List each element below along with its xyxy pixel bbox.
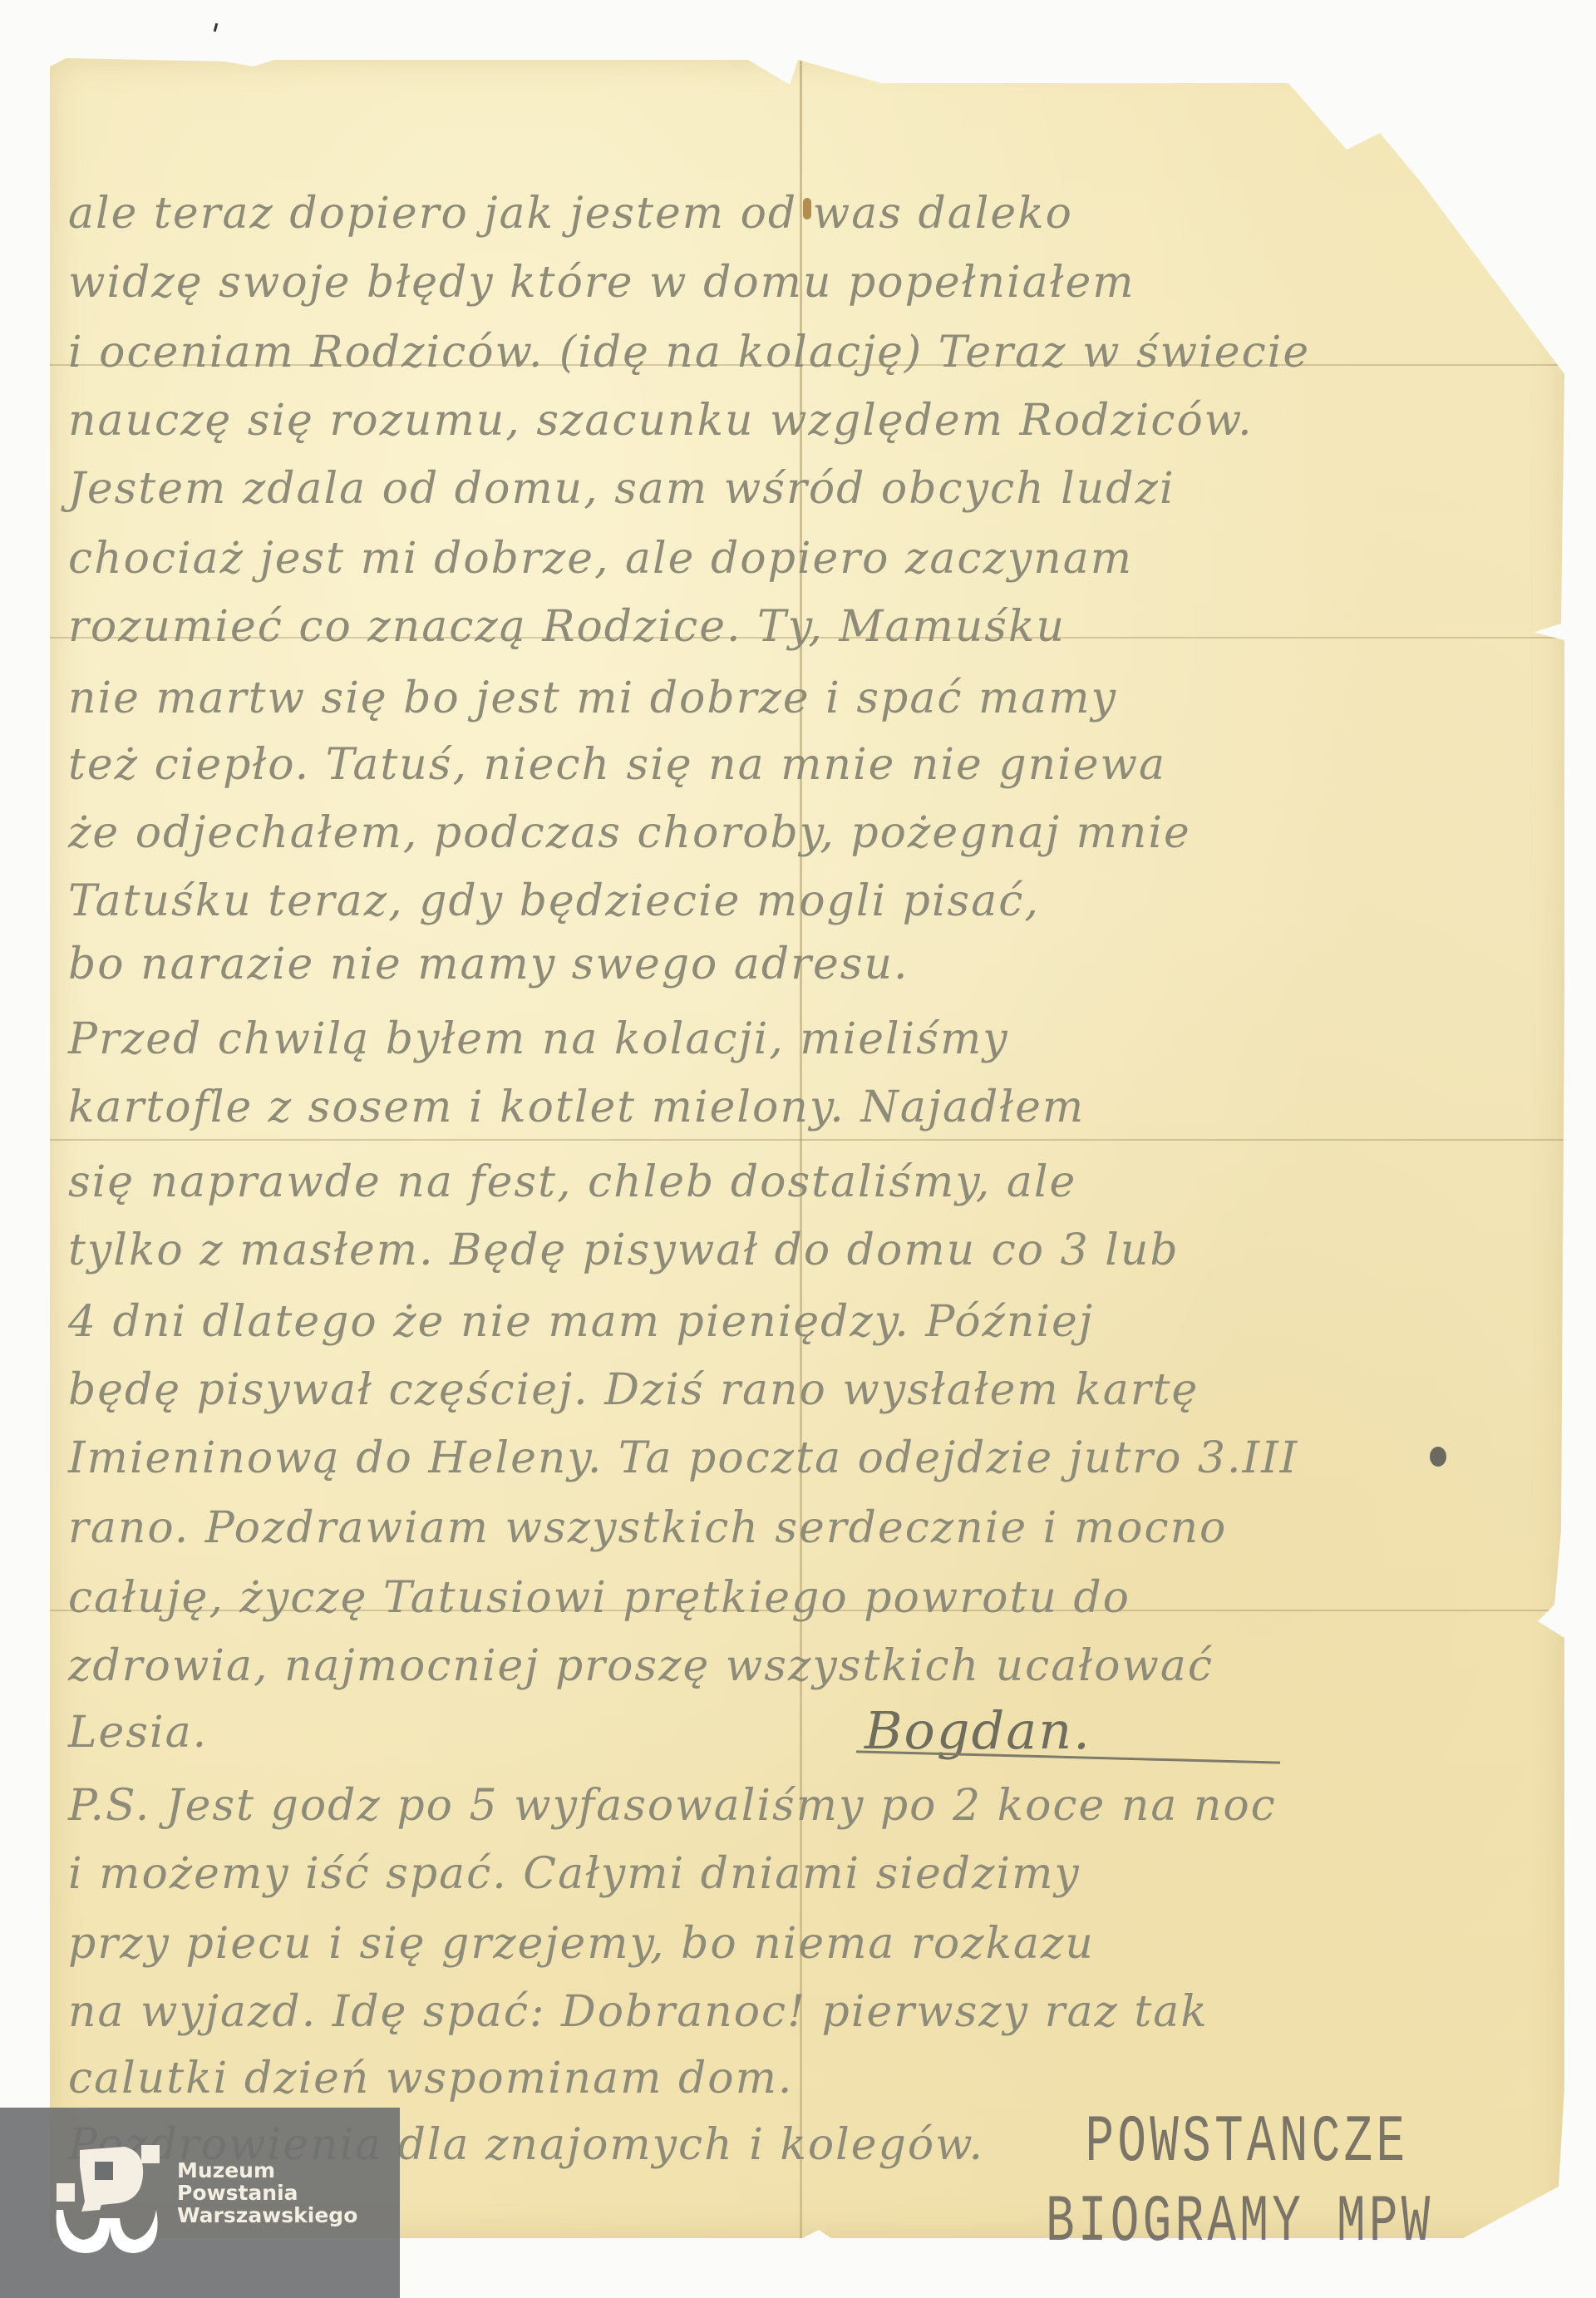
- letter-line: Tatuśku teraz, gdy będziecie mogli pisać…: [68, 875, 1040, 928]
- kotwica-anchor-icon: [52, 2143, 168, 2260]
- letter-line: i oceniam Rodziców. (idę na kolację) Ter…: [68, 326, 1310, 379]
- letter-line: zdrowia, najmocniej proszę wszystkich uc…: [68, 1640, 1214, 1693]
- museum-name-line: Muzeum: [177, 2159, 357, 2182]
- watermark-line: POWSTANCZE: [1046, 2103, 1434, 2183]
- horizontal-fold: [50, 1139, 1564, 1141]
- postscript-line: calutki dzień wspominam dom.: [68, 2052, 793, 2105]
- letter-line: 4 dni dlatego że nie mam pieniędzy. Późn…: [68, 1295, 1094, 1349]
- letter-line: się naprawde na fest, chleb dostaliśmy, …: [68, 1156, 1076, 1209]
- vertical-fold: [800, 58, 802, 2238]
- letter-line: bo narazie nie mamy swego adresu.: [68, 938, 909, 991]
- postscript-line: i możemy iść spać. Całymi dniami siedzim…: [68, 1847, 1081, 1901]
- postscript-line: P.S. Jest godz po 5 wyfasowaliśmy po 2 k…: [68, 1779, 1277, 1832]
- letter-line: chociaż jest mi dobrze, ale dopiero zacz…: [68, 532, 1133, 585]
- letter-line: Przed chwilą byłem na kolacji, mieliśmy: [68, 1013, 1009, 1066]
- museum-name: Muzeum Powstania Warszawskiego: [177, 2159, 357, 2226]
- letter-line: widzę swoje błędy które w domu popełniał…: [68, 256, 1135, 309]
- museum-name-line: Warszawskiego: [177, 2204, 357, 2226]
- ink-blot: [1430, 1447, 1446, 1467]
- letter-line: Lesia.: [68, 1706, 208, 1759]
- letter-paper: [50, 58, 1564, 2238]
- letter-line: Imieninową do Heleny. Ta poczta odejdzie…: [68, 1432, 1298, 1485]
- letter-line: kartofle z sosem i kotlet mielony. Najad…: [68, 1081, 1085, 1134]
- postscript-line: na wyjazd. Idę spać: Dobranoc! pierwszy …: [68, 1985, 1209, 2039]
- letter-line: ale teraz dopiero jak jestem od was dale…: [68, 187, 1073, 240]
- letter-line: też ciepło. Tatuś, niech się na mnie nie…: [68, 738, 1166, 791]
- letter-line: całuję, życzę Tatusiowi prętkiego powrot…: [68, 1571, 1130, 1625]
- letter-line: rozumieć co znaczą Rodzice. Ty, Mamuśku: [68, 600, 1066, 653]
- letter-line: rano. Pozdrawiam wszystkich serdecznie i…: [68, 1502, 1227, 1555]
- ink-speck: [214, 23, 218, 32]
- letter-line: Jestem zdala od domu, sam wśród obcych l…: [68, 462, 1175, 515]
- letter-line: będę pisywał częściej. Dziś rano wysłałe…: [68, 1364, 1199, 1417]
- watermark-line: BIOGRAMY MPW: [1046, 2183, 1434, 2263]
- museum-name-line: Powstania: [177, 2182, 357, 2204]
- letter-line: że odjechałem, podczas choroby, pożegnaj…: [68, 806, 1191, 860]
- watermark: POWSTANCZE BIOGRAMY MPW: [1046, 2103, 1434, 2263]
- letter-line: nie martw się bo jest mi dobrze i spać m…: [68, 672, 1117, 725]
- letter-line: nauczę się rozumu, szacunku względem Rod…: [68, 394, 1254, 447]
- postscript-line: przy piecu i się grzejemy, bo niema rozk…: [68, 1917, 1095, 1970]
- letter-line: tylko z masłem. Będę pisywał do domu co …: [68, 1224, 1180, 1277]
